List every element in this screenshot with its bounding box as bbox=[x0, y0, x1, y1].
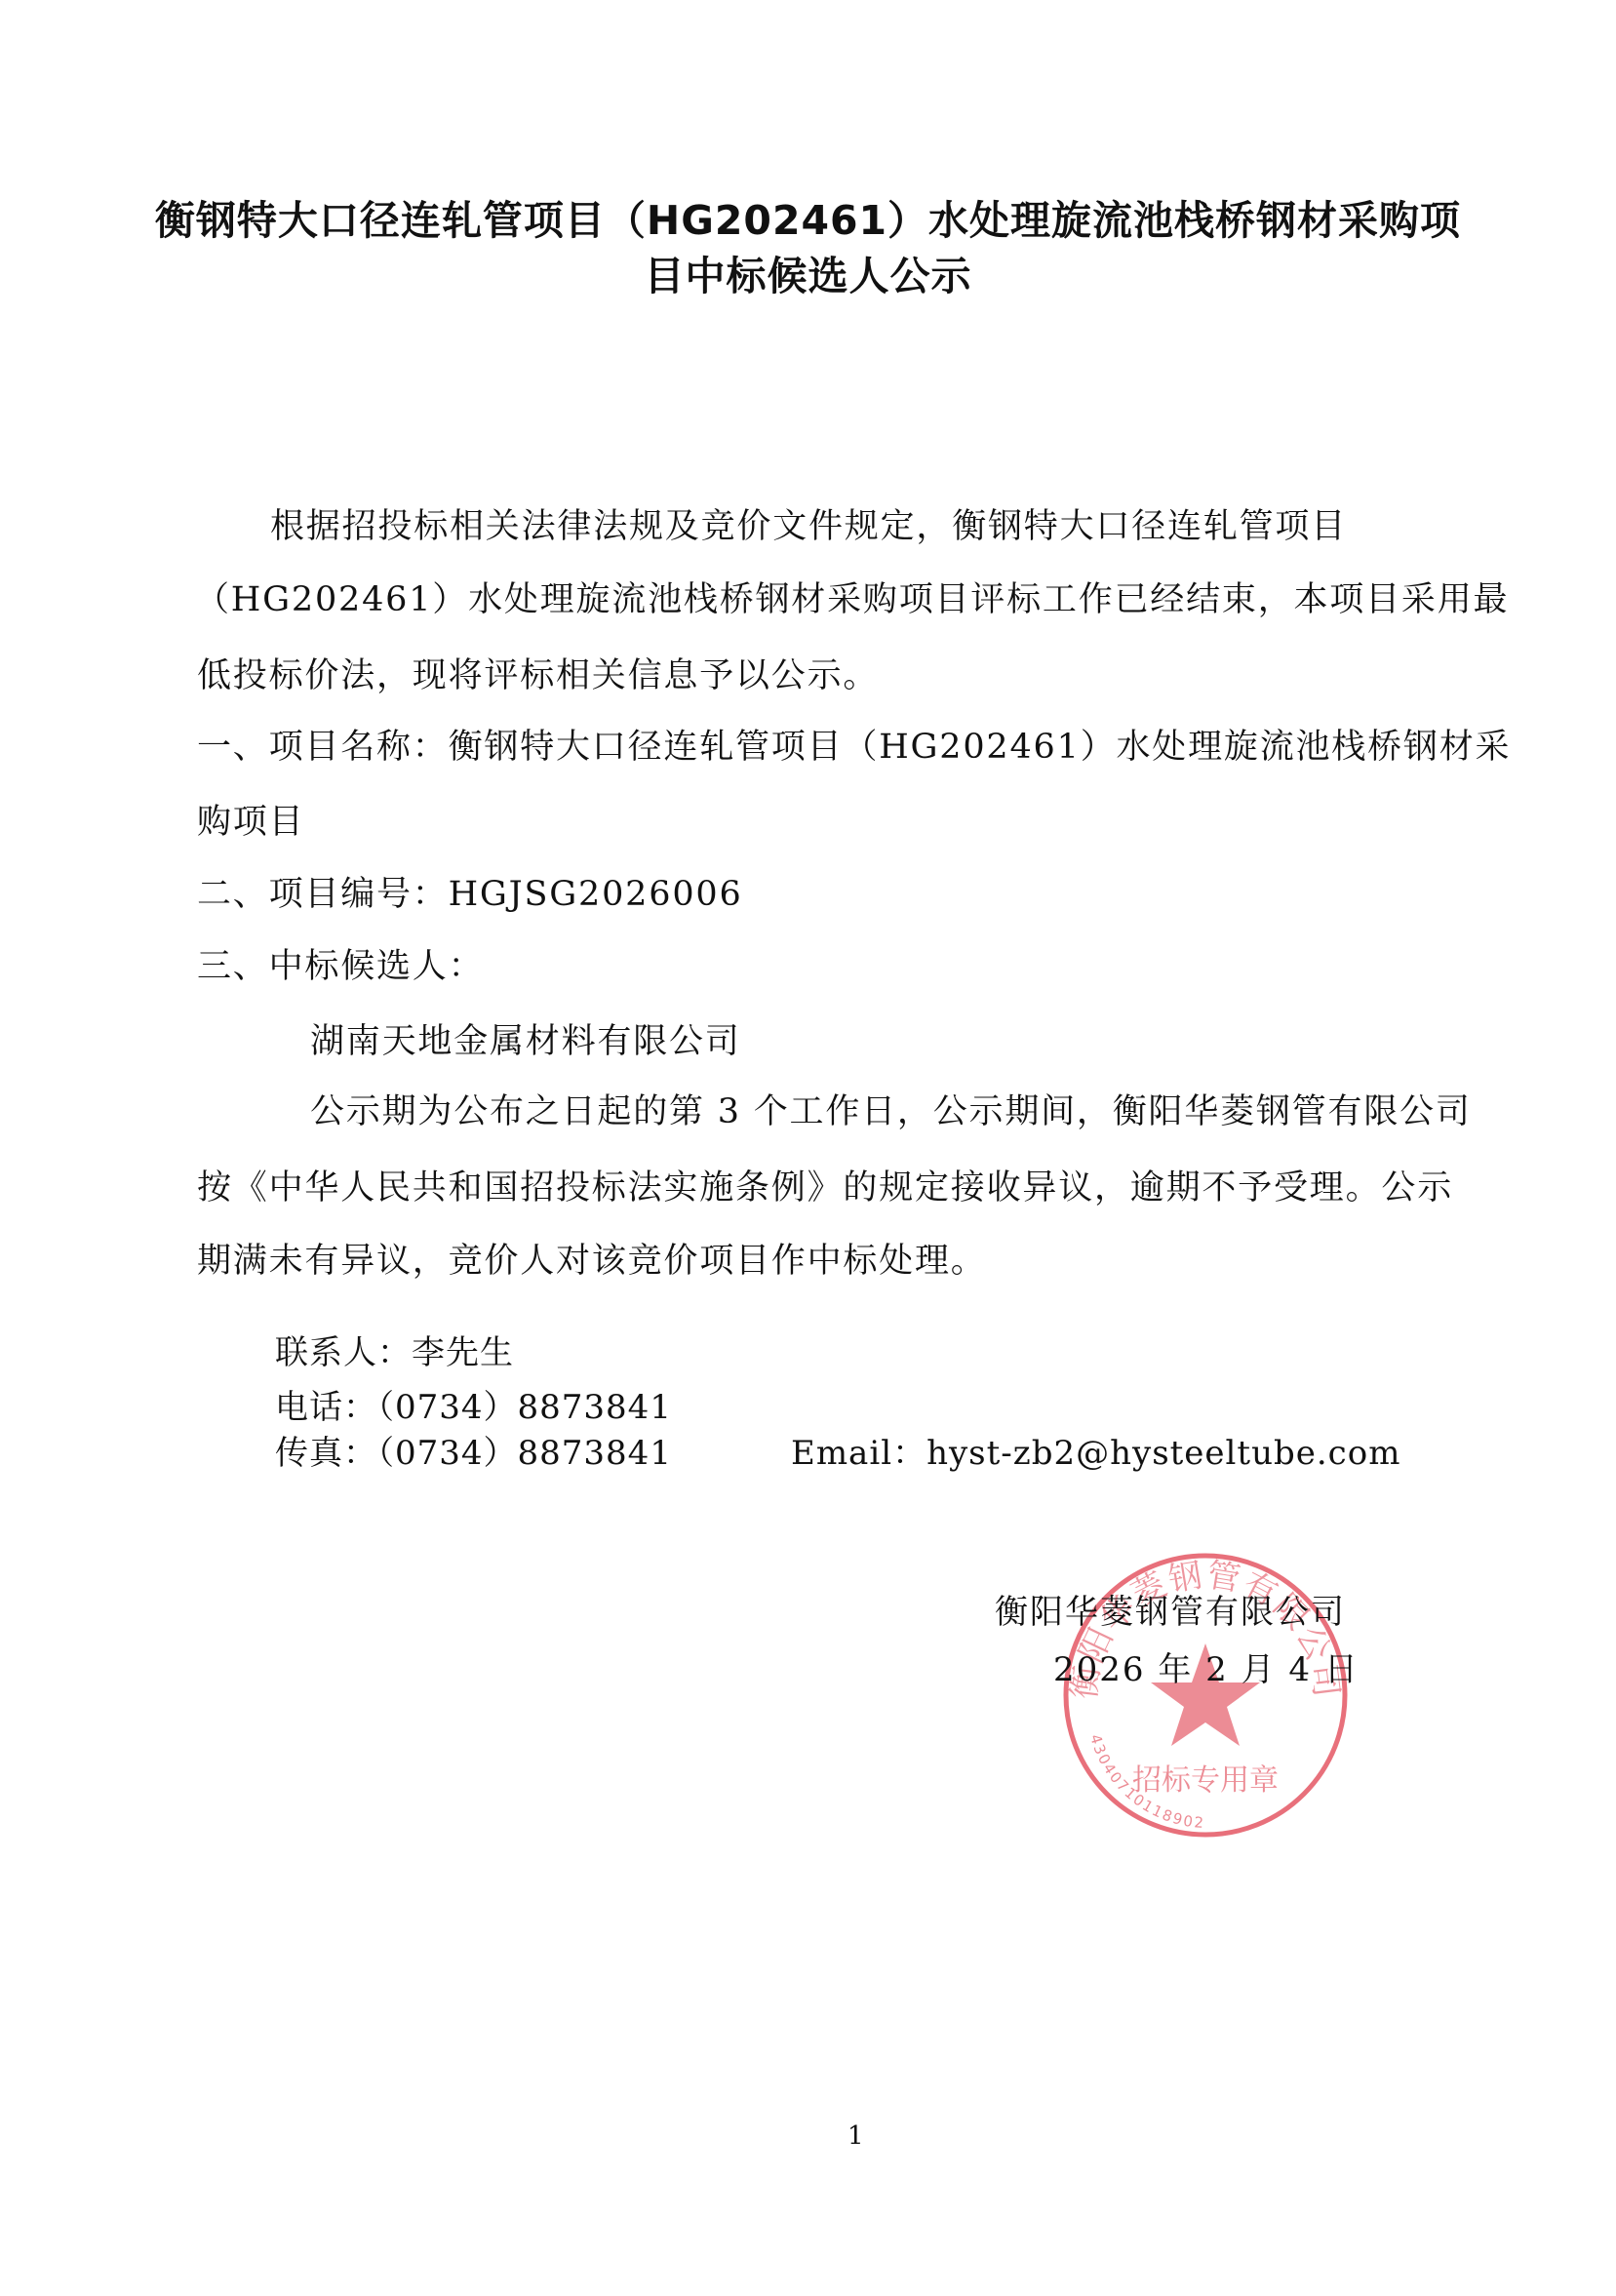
candidate-name: 湖南天地金属材料有限公司 bbox=[310, 1020, 741, 1063]
notice-line-1: 公示期为公布之日起的第 3 个工作日，公示期间，衡阳华菱钢管有限公司 bbox=[310, 1090, 1472, 1133]
project-number: 二、项目编号：HGJSG2026006 bbox=[197, 873, 743, 916]
notice-line-3: 期满未有异议，竞价人对该竞价项目作中标处理。 bbox=[197, 1240, 987, 1283]
contact-email: Email：hyst-zb2@hysteeltube.com bbox=[791, 1432, 1400, 1475]
signature-company: 衡阳华菱钢管有限公司 bbox=[995, 1591, 1346, 1634]
candidate-heading: 三、中标候选人： bbox=[197, 945, 484, 988]
document-title-line-2: 目中标候选人公示 bbox=[0, 247, 1616, 305]
notice-line-2: 按《中华人民共和国招投标法实施条例》的规定接收异议，逾期不予受理。公示 bbox=[197, 1167, 1453, 1209]
project-name-line-1: 一、项目名称：衡钢特大口径连轧管项目（HG202461）水处理旋流池栈桥钢材采 bbox=[197, 726, 1511, 769]
contact-person: 联系人：李先生 bbox=[275, 1331, 514, 1374]
signature-date: 2026 年 2 月 4 日 bbox=[1053, 1648, 1360, 1691]
contact-fax: 传真：（0734）8873841 bbox=[275, 1432, 672, 1475]
intro-line-1: 根据招投标相关法律法规及竞价文件规定，衡钢特大口径连轧管项目 bbox=[270, 505, 1347, 548]
stamp-serial: 43040710118902 bbox=[1086, 1732, 1206, 1832]
page-number: 1 bbox=[847, 2121, 864, 2151]
intro-line-2: （HG202461）水处理旋流池栈桥钢材采购项目评标工作已经结束，本项目采用最 bbox=[195, 578, 1509, 621]
intro-line-3: 低投标价法，现将评标相关信息予以公示。 bbox=[197, 654, 879, 697]
contact-phone: 电话：（0734）8873841 bbox=[275, 1386, 672, 1429]
document-title-line-1: 衡钢特大口径连轧管项目（HG202461）水处理旋流池栈桥钢材采购项 bbox=[0, 191, 1616, 250]
project-name-line-2: 购项目 bbox=[197, 801, 304, 844]
stamp-center-text: 招标专用章 bbox=[1132, 1763, 1279, 1798]
